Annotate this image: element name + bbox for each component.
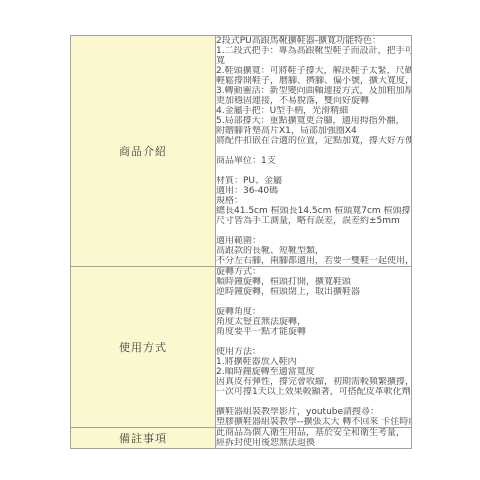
text-line: 旋轉角度：	[216, 307, 411, 317]
text-line: 逆時鐘旋轉，楦頭閉上，取出擴鞋器	[216, 287, 411, 297]
text-line: 2.鞋頭擴寬：可將鞋子撐大，解決鞋子太緊，尺碼不合問題，	[216, 66, 411, 76]
text-line: 尺寸皆為手工測量，略有誤差，誤差約±5mm	[216, 216, 411, 226]
text-line: 附贈腳背墊高片X1，局部加強圈X4	[216, 126, 411, 136]
text-line: 不分左右腳，兩腳都適用，若要一雙鞋一起使用，建議買2支	[216, 256, 411, 266]
text-line	[216, 146, 411, 156]
text-line: 此商品為個人衛生用品，基於安全和衛生考量，	[216, 428, 411, 438]
text-line: 3.轉動靈活：新型變向曲軸連接方式，及加粗加厚金屬螺釘，	[216, 86, 411, 96]
text-line: 使用方法：	[216, 347, 411, 357]
text-line: 4.金屬手把：U型手柄，光滑精細	[216, 106, 411, 116]
text-line: 2.順時鐘旋轉至適當寬度	[216, 367, 411, 377]
text-line: 更加穩固連接，不易脫落，雙向好旋轉	[216, 96, 411, 106]
row-label-usage: 使用方式	[71, 267, 216, 428]
text-line: 1.將擴鞋器放入鞋內	[216, 357, 411, 367]
product-description-page: 商品介紹 2段式PU高跟馬靴擴鞋器-擴寬功能特色：1.二段式把手：專為高跟靴型鞋…	[0, 0, 480, 480]
text-line: 將配件扣嵌在合適的位置，定點加寬，撐大好方便	[216, 136, 411, 146]
text-line: 角度要平一點才能旋轉	[216, 327, 411, 337]
text-line: 高跟款的長靴、短靴型類，	[216, 246, 411, 256]
text-line: 經拆封使用後恕無法退換	[216, 438, 411, 448]
row-label-notes: 備註事項	[71, 428, 216, 449]
text-line: 2段式PU高跟馬靴擴鞋器-擴寬功能特色：	[216, 36, 411, 46]
product-spec-table: 商品介紹 2段式PU高跟馬靴擴鞋器-擴寬功能特色：1.二段式把手：專為高跟靴型鞋…	[70, 35, 412, 449]
text-line: 角度太豎直無法旋轉，	[216, 317, 411, 327]
text-line: 材質：PU、金屬	[216, 176, 411, 186]
text-line: 順時鐘旋轉，楦頭打開，擴寬鞋頭	[216, 277, 411, 287]
row-content-usage: 旋轉方式：順時鐘旋轉，楦頭打開，擴寬鞋頭逆時鐘旋轉，楦頭閉上，取出擴鞋器 旋轉角…	[216, 267, 412, 428]
text-line: 適用範圍：	[216, 236, 411, 246]
text-line: 塑膠擴鞋器組裝教學--擴張太大 轉不回來 卡住時處理方式	[216, 417, 411, 427]
text-line: 規格：	[216, 196, 411, 206]
text-line: 寬	[216, 56, 411, 66]
text-line: 輕鬆撐開鞋子，磨腳、擠腳、偏小號，擴大寬度，讓鞋變舒服	[216, 76, 411, 86]
text-line: 5.局部撐大：重點擴寬更合腳，適用拇指外翻，	[216, 116, 411, 126]
row-content-product-intro: 2段式PU高跟馬靴擴鞋器-擴寬功能特色：1.二段式把手：專為高跟靴型鞋子而設計，…	[216, 36, 412, 267]
row-label-product-intro: 商品介紹	[71, 36, 216, 267]
text-line: 1.二段式把手：專為高跟靴型鞋子而設計，把手可90度轉動，配合鞋型方便擴	[216, 46, 411, 56]
text-line: 擴鞋器組裝教學影片，youtube請搜尋：	[216, 407, 411, 417]
text-line: 旋轉方式：	[216, 267, 411, 277]
text-line	[216, 337, 411, 347]
text-line: 商品單位：1支	[216, 156, 411, 166]
text-line	[216, 397, 411, 407]
text-line	[216, 297, 411, 307]
text-line: 總長41.5cm 楦頭長14.5cm 楦頭寬7cm 楦頭撐開寬9.7cm 415…	[216, 206, 411, 216]
text-line	[216, 166, 411, 176]
table-row: 商品介紹 2段式PU高跟馬靴擴鞋器-擴寬功能特色：1.二段式把手：專為高跟靴型鞋…	[71, 36, 412, 267]
text-line	[216, 226, 411, 236]
row-content-notes: 此商品為個人衛生用品，基於安全和衛生考量，經拆封使用後恕無法退換	[216, 428, 412, 449]
table-row: 備註事項 此商品為個人衛生用品，基於安全和衛生考量，經拆封使用後恕無法退換	[71, 428, 412, 449]
text-line: 適用：36-40碼	[216, 186, 411, 196]
table-row: 使用方式 旋轉方式：順時鐘旋轉，楦頭打開，擴寬鞋頭逆時鐘旋轉，楦頭閉上，取出擴鞋…	[71, 267, 412, 428]
text-line: 因真皮有彈性，撐完會收縮，初期需較頻繁擴撐，	[216, 377, 411, 387]
text-line: 一次可撐1天以上效果較顯著，可搭配皮革軟化劑使用	[216, 387, 411, 397]
